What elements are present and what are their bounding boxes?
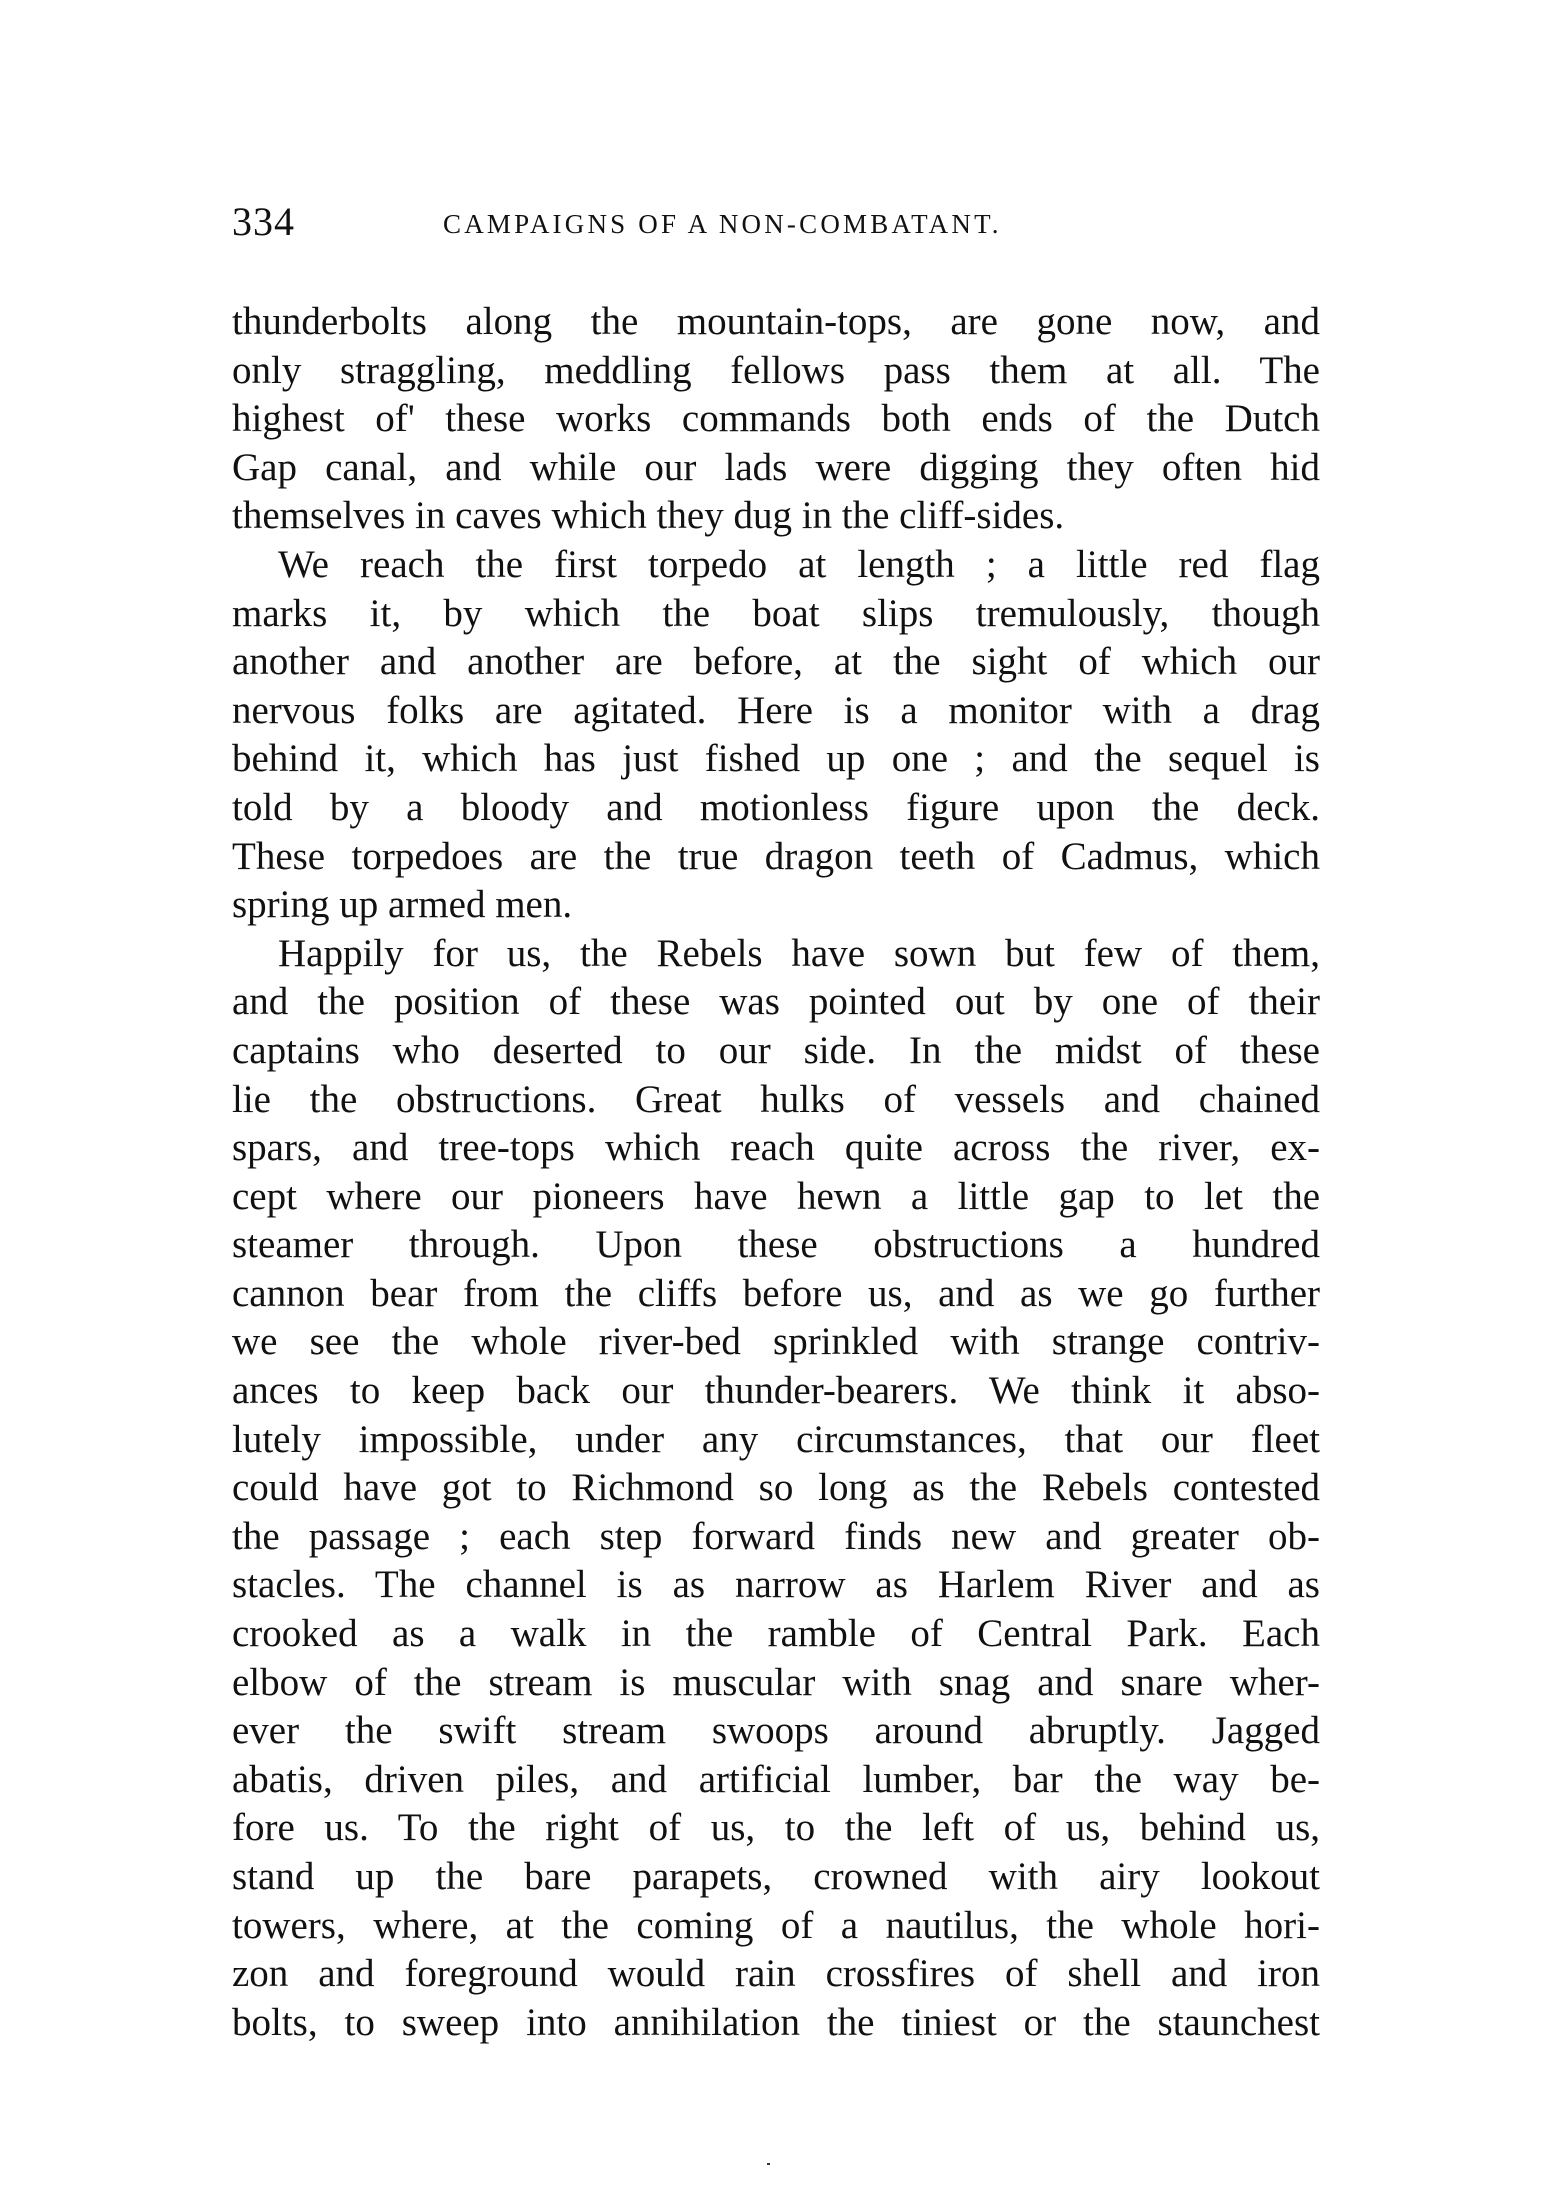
text-line: spars, and tree-tops which reach quite a… (232, 1124, 1320, 1173)
text-line: we see the whole river-bed sprinkled wit… (232, 1318, 1320, 1367)
paragraph: thunderbolts along the mountain-tops, ar… (232, 298, 1320, 541)
page-number: 334 (232, 200, 295, 244)
text-line: and the position of these was pointed ou… (232, 978, 1320, 1027)
text-line: behind it, which has just fished up one … (232, 735, 1320, 784)
scan-speck (767, 2163, 770, 2165)
text-line: We reach the first torpedo at length ; a… (232, 541, 1320, 590)
text-line: steamer through. Upon these obstructions… (232, 1221, 1320, 1270)
text-line: Gap canal, and while our lads were diggi… (232, 444, 1320, 493)
text-line: lie the obstructions. Great hulks of ves… (232, 1076, 1320, 1125)
text-line: captains who deserted to our side. In th… (232, 1027, 1320, 1076)
text-line: Happily for us, the Rebels have sown but… (232, 930, 1320, 979)
book-page: 334 Campaigns of a Non-Combatant. thunde… (0, 0, 1541, 2195)
text-line: cannon bear from the cliffs before us, a… (232, 1270, 1320, 1319)
text-line: cept where our pioneers have hewn a litt… (232, 1173, 1320, 1222)
text-line: told by a bloody and motionless figure u… (232, 784, 1320, 833)
text-line: themselves in caves which they dug in th… (232, 492, 1320, 541)
text-line: stacles. The channel is as narrow as Har… (232, 1561, 1320, 1610)
text-line: spring up armed men. (232, 881, 1320, 930)
text-line: thunderbolts along the mountain-tops, ar… (232, 298, 1320, 347)
text-line: zon and foreground would rain crossfires… (232, 1950, 1320, 1999)
text-line: the passage ; each step forward finds ne… (232, 1513, 1320, 1562)
text-line: ever the swift stream swoops around abru… (232, 1707, 1320, 1756)
text-line: another and another are before, at the s… (232, 638, 1320, 687)
text-line: elbow of the stream is muscular with sna… (232, 1659, 1320, 1708)
text-line: abatis, driven piles, and artificial lum… (232, 1756, 1320, 1805)
text-line: lutely impossible, under any circumstanc… (232, 1416, 1320, 1465)
paragraph: Happily for us, the Rebels have sown but… (232, 930, 1320, 2048)
text-line: bolts, to sweep into annihilation the ti… (232, 1999, 1320, 2048)
text-line: towers, where, at the coming of a nautil… (232, 1902, 1320, 1951)
body-text: thunderbolts along the mountain-tops, ar… (232, 298, 1320, 2047)
text-line: fore us. To the right of us, to the left… (232, 1804, 1320, 1853)
text-line: crooked as a walk in the ramble of Centr… (232, 1610, 1320, 1659)
text-line: could have got to Richmond so long as th… (232, 1464, 1320, 1513)
text-line: These torpedoes are the true dragon teet… (232, 833, 1320, 882)
running-head: 334 Campaigns of a Non-Combatant. (232, 200, 1322, 244)
running-title: Campaigns of a Non-Combatant. (443, 206, 1019, 242)
text-line: highest of' these works commands both en… (232, 395, 1320, 444)
paragraph: We reach the first torpedo at length ; a… (232, 541, 1320, 930)
text-line: only straggling, meddling fellows pass t… (232, 347, 1320, 396)
text-line: marks it, by which the boat slips tremul… (232, 590, 1320, 639)
text-line: ances to keep back our thunder-bearers. … (232, 1367, 1320, 1416)
text-line: stand up the bare parapets, crowned with… (232, 1853, 1320, 1902)
text-line: nervous folks are agitated. Here is a mo… (232, 687, 1320, 736)
